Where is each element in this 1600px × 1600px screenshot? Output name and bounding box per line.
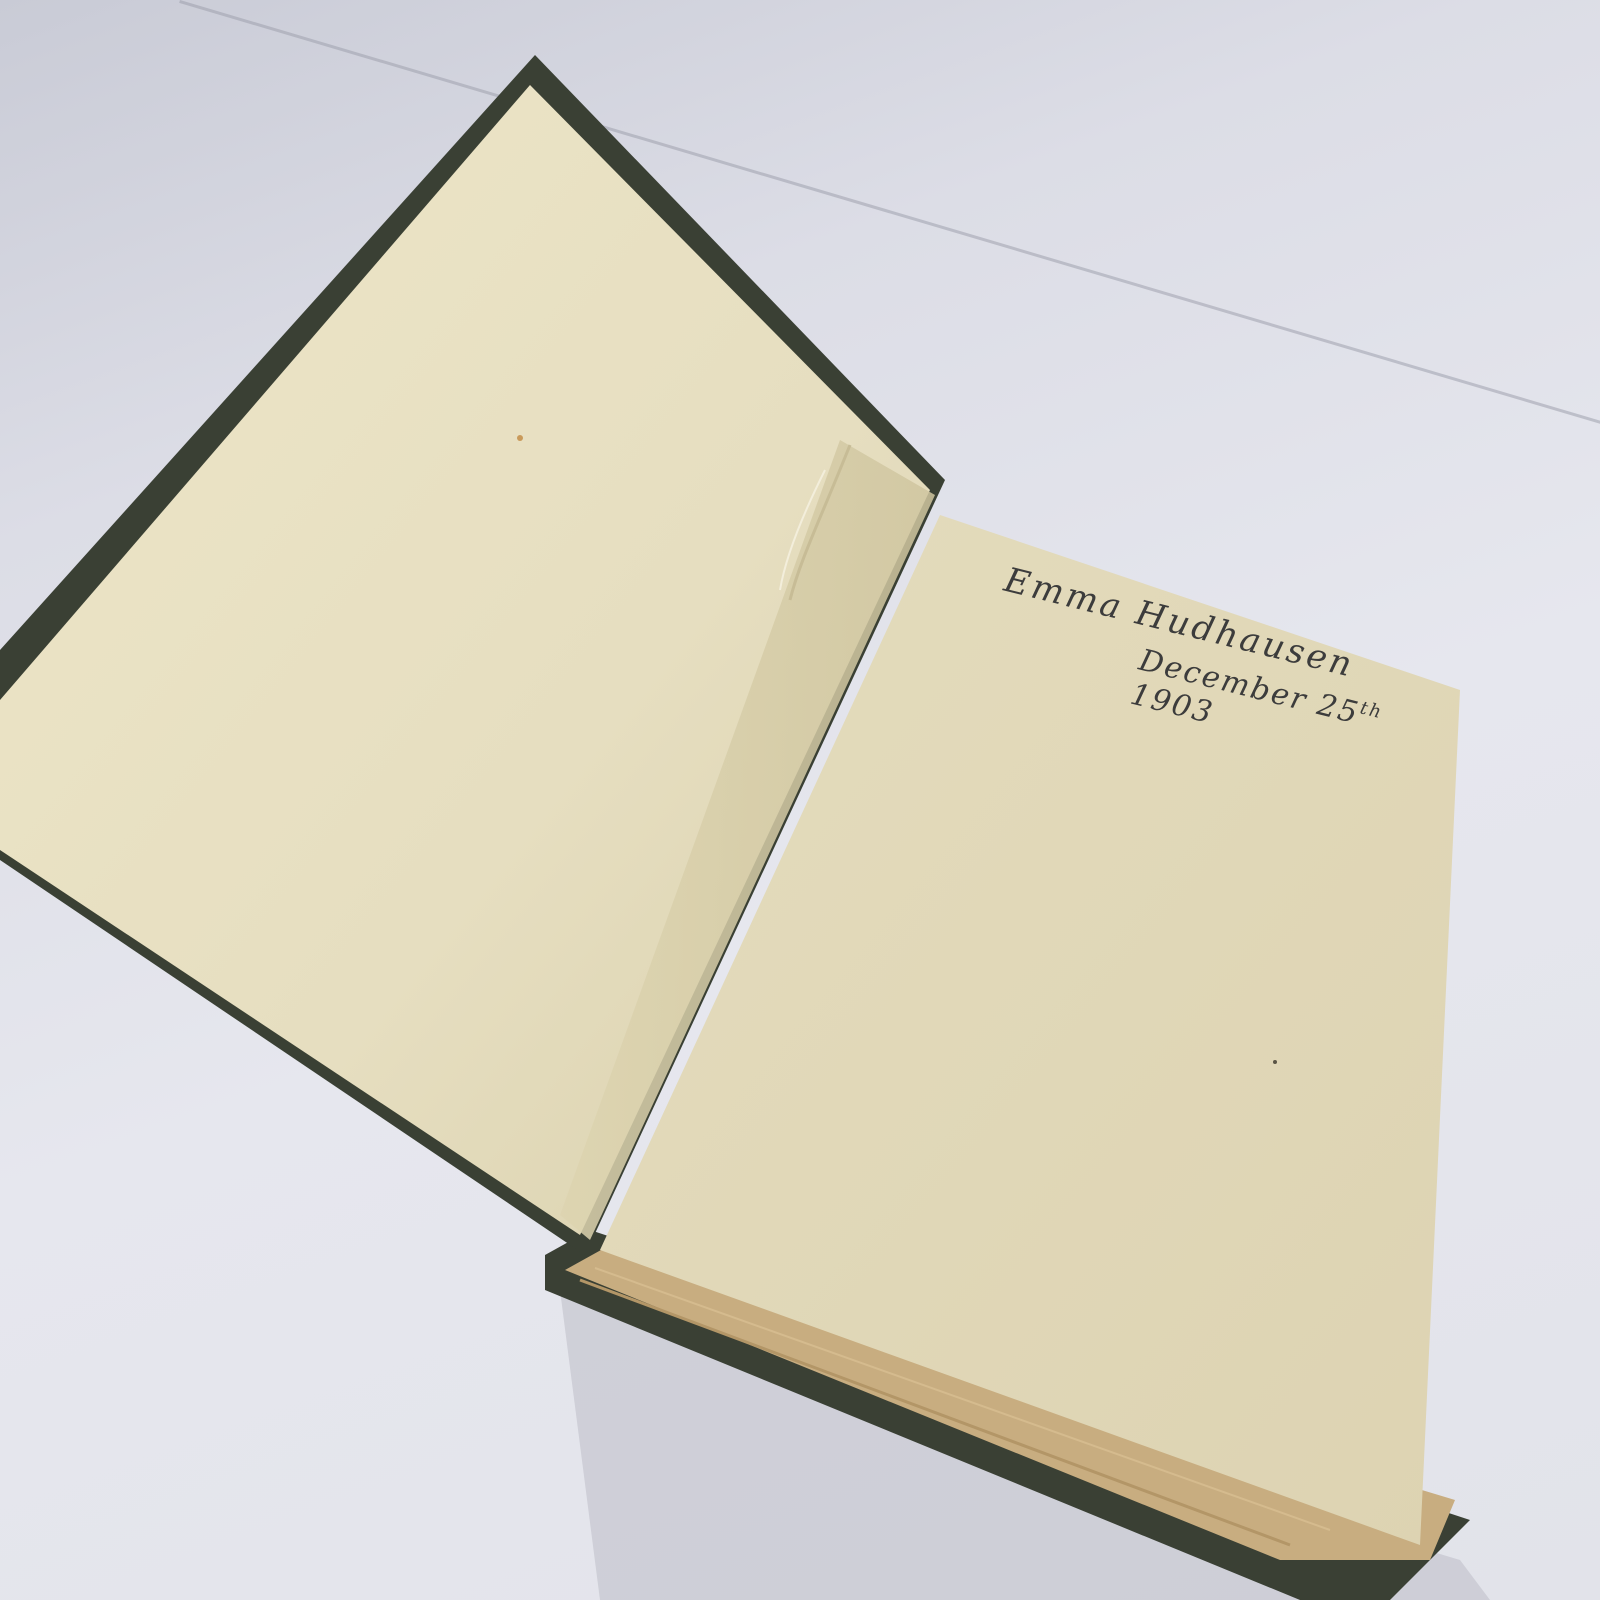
book-illustration bbox=[0, 0, 1600, 1600]
photo-scene: Emma Hudhausen December 25th 1903 bbox=[0, 0, 1600, 1600]
inscription-date-suffix: th bbox=[1358, 697, 1385, 723]
